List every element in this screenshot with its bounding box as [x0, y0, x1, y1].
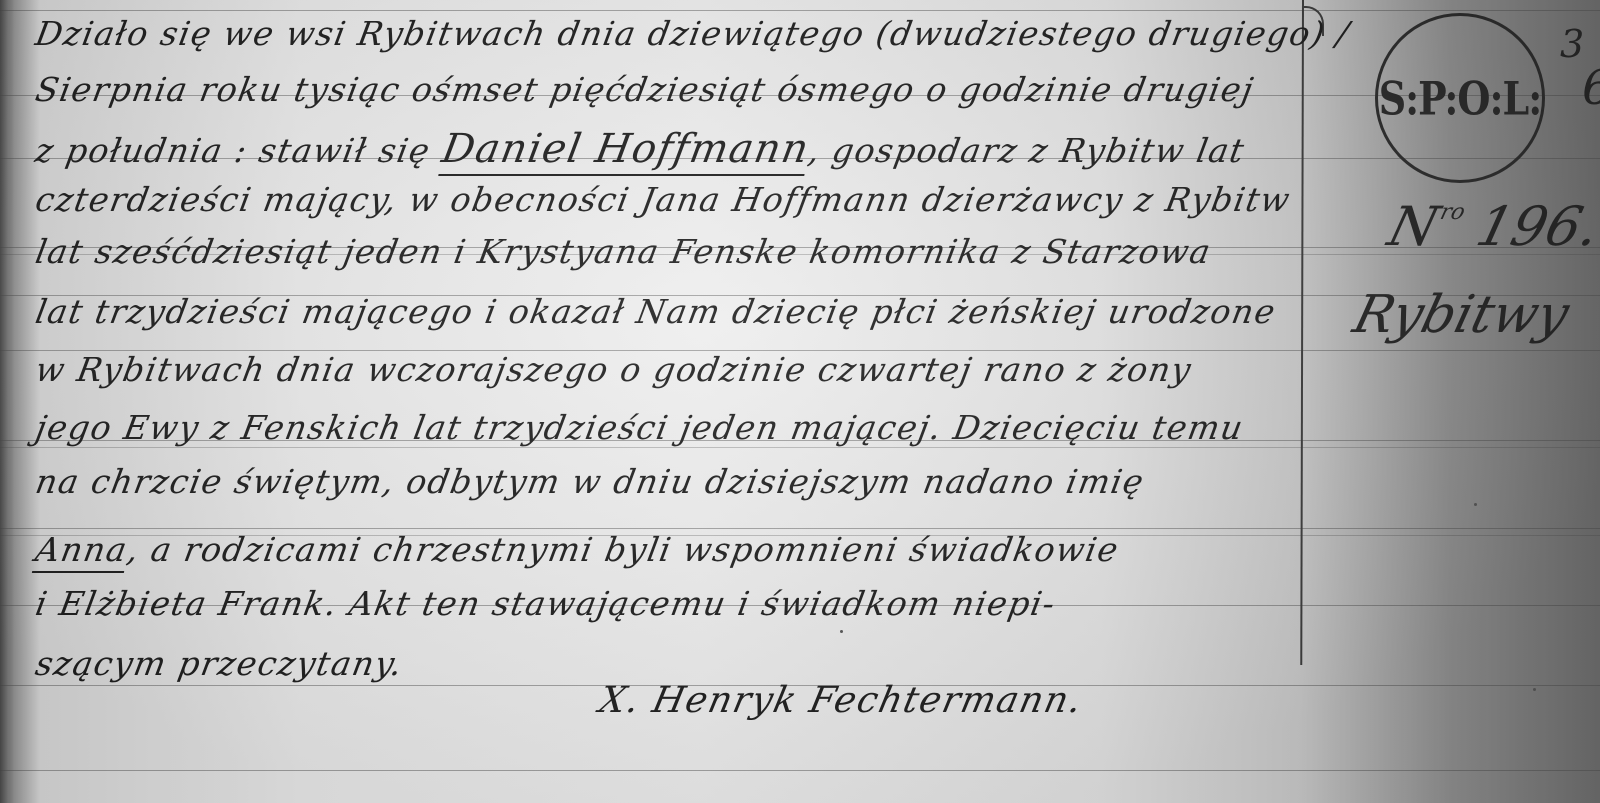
margin-corner-mark: 6 — [1582, 60, 1600, 116]
record-line-fragment: , gospodarz z Rybitw lat — [805, 131, 1248, 170]
record-line: czterdzieści mający, w obecności Jana Ho… — [33, 180, 1294, 219]
record-line: lat sześćdziesiąt jeden i Krystyana Fens… — [33, 232, 1215, 271]
record-line: Anna, a rodzicami chrzestnymi byli wspom… — [33, 530, 1123, 569]
record-line: w Rybitwach dnia wczorajszego o godzinie… — [33, 350, 1196, 389]
record-line: jego Ewy z Fenskich lat trzydzieści jede… — [33, 408, 1247, 447]
margin-rule — [1300, 0, 1304, 665]
record-line: Sierpnia roku tysiąc ośmset pięćdziesiąt… — [33, 70, 1258, 109]
official-stamp: S:P:O:L: — [1375, 13, 1545, 183]
record-number-value: 196. — [1470, 195, 1600, 258]
record-line: z południa : stawił się Daniel Hoffmann,… — [32, 126, 1249, 172]
paper-speck — [1533, 688, 1536, 691]
ruled-line — [0, 10, 1600, 11]
stamp-text: S:P:O:L: — [1379, 71, 1542, 125]
father-name: Daniel Hoffmann — [438, 126, 813, 176]
page-binding-shadow — [0, 0, 14, 803]
priest-signature: X. Henryk Fechtermann. — [596, 680, 1087, 721]
record-line: szącym przeczytany. — [33, 644, 407, 683]
record-line: lat trzydzieści mającego i okazał Nam dz… — [33, 292, 1280, 331]
record-line: na chrzcie świętym, odbytym w dniu dzisi… — [33, 462, 1148, 501]
scanned-register-page: Działo się we wsi Rybitwach dnia dziewią… — [0, 0, 1600, 803]
record-line-fragment: , a rodzicami chrzestnymi byli wspomnien… — [124, 530, 1122, 569]
margin-corner-mark: 3 — [1560, 22, 1584, 66]
record-number: Nro 196. — [1382, 195, 1600, 258]
parish-name: Rybitwy — [1348, 285, 1575, 345]
paper-speck — [1474, 503, 1477, 506]
child-name: Anna — [32, 530, 131, 573]
record-number-suffix: ro — [1438, 200, 1468, 225]
paper-speck — [840, 630, 843, 633]
record-line-fragment: z południa : stawił się — [32, 131, 445, 170]
record-line: Działo się we wsi Rybitwach dnia dziewią… — [33, 14, 1354, 53]
ruled-line — [0, 770, 1600, 771]
ruled-line — [0, 528, 1600, 529]
record-number-prefix: N — [1382, 195, 1445, 258]
record-line: i Elżbieta Frank. Akt ten stawającemu i … — [33, 584, 1059, 623]
